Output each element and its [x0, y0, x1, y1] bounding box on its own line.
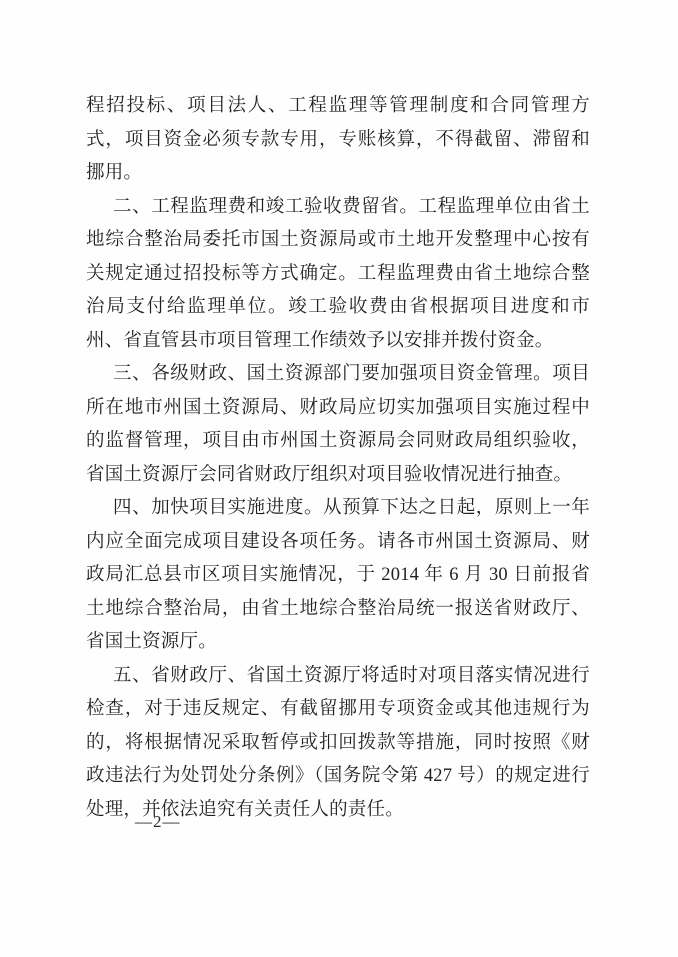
document-body: 程招投标、项目法人、工程监理等管理制度和合同管理方式，项目资金必须专款专用，专账…	[86, 90, 590, 827]
paragraph-item-5: 五、省财政厅、省国土资源厅将适时对项目落实情况进行检查，对于违反规定、有截留挪用…	[86, 660, 590, 828]
document-page: 程招投标、项目法人、工程监理等管理制度和合同管理方式，项目资金必须专款专用，专账…	[0, 0, 678, 957]
page-number: —2—	[135, 812, 181, 832]
paragraph-item-3: 三、各级财政、国土资源部门要加强项目资金管理。项目所在地市州国土资源局、财政局应…	[86, 358, 590, 492]
paragraph-continuation: 程招投标、项目法人、工程监理等管理制度和合同管理方式，项目资金必须专款专用，专账…	[86, 90, 590, 191]
paragraph-item-4: 四、加快项目实施进度。从预算下达之日起，原则上一年内应全面完成项目建设各项任务。…	[86, 492, 590, 660]
paragraph-item-2: 二、工程监理费和竣工验收费留省。工程监理单位由省土地综合整治局委托市国土资源局或…	[86, 191, 590, 359]
